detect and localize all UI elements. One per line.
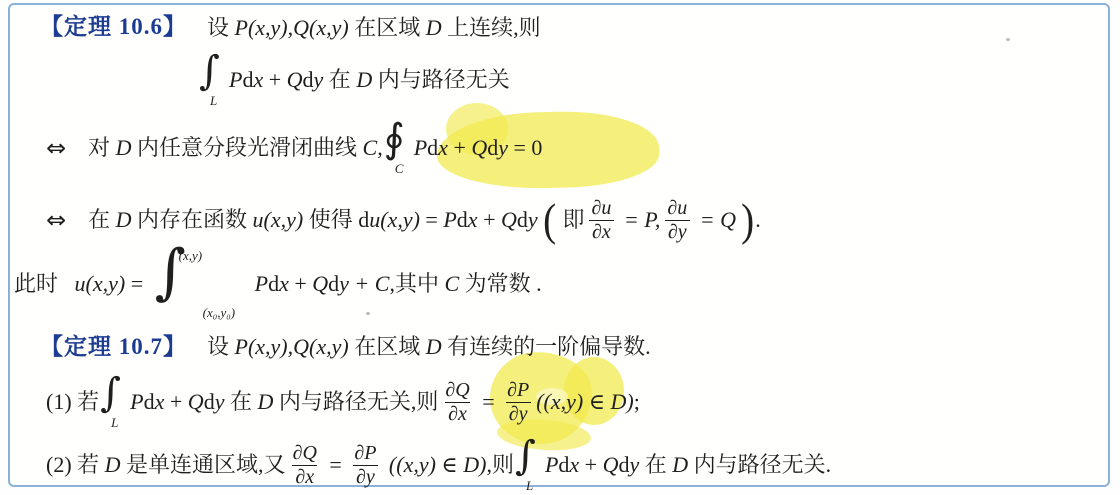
math-term: x bbox=[155, 388, 165, 416]
math-equals-P: = P, bbox=[618, 206, 660, 234]
math-term: d bbox=[303, 66, 314, 94]
math-term: d bbox=[358, 206, 369, 234]
math-term: x bbox=[279, 270, 289, 298]
math-term: y bbox=[215, 388, 225, 416]
theorem-10-7-item-2: (2) 若 D 是单连通区域,又 ∂Q∂x = ∂P∂y ((x,y) ∈ D)… bbox=[46, 436, 831, 494]
text-run: 即 bbox=[557, 206, 585, 234]
math-term: d bbox=[618, 451, 629, 479]
math-domain-condition: ((x,y) ∈ D) bbox=[383, 451, 486, 479]
definite-integral-sign: ∫(x,y)(x₀,y₀) bbox=[149, 250, 255, 318]
fraction-dP-dy: ∂P∂y bbox=[504, 379, 532, 425]
big-right-paren: ) bbox=[741, 197, 754, 243]
text-run: 内与路径无关,则 bbox=[273, 388, 438, 416]
math-region-D: D bbox=[116, 134, 132, 162]
math-equals: = bbox=[324, 451, 347, 479]
math-term: P bbox=[255, 270, 268, 298]
semicolon: ; bbox=[634, 388, 640, 416]
math-region-D: D bbox=[426, 333, 442, 361]
theorem-10-7-item-1: (1) 若 ∫L Pdx + Qdy 在 D 内与路径无关,则 ∂Q∂x = ∂… bbox=[46, 368, 640, 436]
math-constant-C: C bbox=[444, 270, 459, 298]
math-plus-C: + C bbox=[349, 270, 390, 298]
fraction-dQ-dx: ∂Q∂x bbox=[442, 379, 472, 425]
math-region-D: D bbox=[116, 206, 132, 234]
math-term: P bbox=[229, 66, 242, 94]
math-term: + bbox=[579, 451, 602, 479]
fraction-dQ-dx: ∂Q∂x bbox=[290, 442, 320, 488]
math-term: y bbox=[528, 206, 538, 234]
math-term: Q bbox=[471, 134, 487, 162]
math-term: Q bbox=[287, 66, 303, 94]
theorem-10-7-label: 【定理 10.7】 bbox=[40, 333, 187, 362]
math-term: Q bbox=[501, 206, 517, 234]
period: . bbox=[755, 206, 761, 234]
math-term: + bbox=[164, 388, 187, 416]
math-equals: = bbox=[477, 388, 500, 416]
math-term: d bbox=[427, 134, 438, 162]
math-term: d bbox=[457, 206, 468, 234]
text-run: 设 bbox=[207, 14, 235, 42]
theorem-10-6-label: 【定理 10.6】 bbox=[40, 13, 187, 42]
integral-L-sign: ∫L bbox=[199, 56, 226, 104]
math-equals: = bbox=[420, 206, 443, 234]
print-speck bbox=[1006, 38, 1010, 41]
math-equals-Q: = Q bbox=[694, 206, 736, 234]
text-run: ,则 bbox=[486, 451, 514, 479]
item-number: (1) 若 bbox=[46, 388, 99, 416]
math-region-D: D bbox=[356, 66, 372, 94]
math-u-function: u(x,y) bbox=[75, 270, 126, 298]
equivalence-potential-function: ⇔ 在 D 内存在函数 u(x,y) 使得 d u(x,y) = Pdx + Q… bbox=[46, 192, 761, 248]
theorem-10-6-heading: 【定理 10.6】 设 P(x,y),Q(x,y) 在区域 D 上连续,则 bbox=[40, 13, 541, 42]
upper-limit: (x,y) bbox=[179, 248, 202, 264]
math-term: P bbox=[130, 388, 143, 416]
math-term: x bbox=[253, 66, 263, 94]
math-term: d bbox=[328, 270, 339, 298]
math-term: y bbox=[629, 451, 639, 479]
big-left-paren: ( bbox=[543, 197, 556, 243]
math-region-D: D bbox=[257, 388, 273, 416]
potential-formula-line: 此时 u(x,y) = ∫(x,y)(x₀,y₀) Pdx + Qdy + C … bbox=[14, 249, 542, 319]
iff-arrow-icon: ⇔ bbox=[46, 205, 66, 235]
math-term: Q bbox=[188, 388, 204, 416]
math-term: x bbox=[438, 134, 448, 162]
contour-integral-C-sign: ∮C bbox=[384, 124, 411, 172]
math-term: d bbox=[204, 388, 215, 416]
item-number: (2) 若 bbox=[46, 451, 105, 479]
math-term: d bbox=[487, 134, 498, 162]
integral-L-sign: ∫L bbox=[100, 378, 127, 426]
fraction-du-dx: ∂u∂x bbox=[588, 197, 614, 243]
text-run: 在 bbox=[323, 66, 356, 94]
math-domain-condition: ((x,y) ∈ D) bbox=[536, 388, 634, 416]
fraction-dP-dy: ∂P∂y bbox=[351, 442, 379, 488]
math-equals-zero: = 0 bbox=[508, 134, 542, 162]
math-P-Q-functions: P(x,y),Q(x,y) bbox=[235, 333, 349, 361]
math-region-D: D bbox=[105, 451, 121, 479]
math-term: P bbox=[545, 451, 558, 479]
math-term: x bbox=[468, 206, 478, 234]
math-term: d bbox=[558, 451, 569, 479]
math-curve-C: C bbox=[363, 134, 378, 162]
math-P-Q-functions: P(x,y),Q(x,y) bbox=[235, 14, 349, 42]
text-run: 此时 bbox=[14, 270, 75, 298]
math-term: Q bbox=[312, 270, 328, 298]
math-term: y bbox=[314, 66, 324, 94]
math-term: Q bbox=[603, 451, 619, 479]
math-term: + bbox=[448, 134, 471, 162]
integral-L-sign: ∫L bbox=[515, 441, 542, 489]
text-run: 为常数 . bbox=[459, 270, 542, 298]
math-region-D: D bbox=[426, 14, 442, 42]
text-run: 上连续,则 bbox=[442, 14, 541, 42]
text-run: 内与路径无关. bbox=[688, 451, 831, 479]
math-region-D: D bbox=[672, 451, 688, 479]
text-run: 设 bbox=[207, 333, 235, 361]
math-term: P bbox=[443, 206, 456, 234]
math-term: + bbox=[263, 66, 286, 94]
iff-arrow-icon: ⇔ bbox=[46, 133, 66, 163]
math-term: y bbox=[339, 270, 349, 298]
math-term: , bbox=[377, 134, 383, 162]
text-run: 在 bbox=[224, 388, 257, 416]
math-term: P bbox=[414, 134, 427, 162]
fraction-du-dy: ∂u∂y bbox=[664, 197, 690, 243]
math-du-function: u(x,y) bbox=[369, 206, 420, 234]
math-u-function: u(x,y) bbox=[253, 206, 304, 234]
math-term: + bbox=[289, 270, 312, 298]
textbook-page: 【定理 10.6】 设 P(x,y),Q(x,y) 在区域 D 上连续,则 ∫L… bbox=[0, 0, 1120, 495]
path-independence-statement: ∫L Pdx + Qdy 在 D 内与路径无关 bbox=[198, 52, 510, 108]
text-run: 在区域 bbox=[349, 14, 426, 42]
theorem-10-7-heading: 【定理 10.7】 设 P(x,y),Q(x,y) 在区域 D 有连续的一阶偏导… bbox=[40, 330, 651, 364]
text-run: 有连续的一阶偏导数. bbox=[442, 333, 651, 361]
math-term: d bbox=[144, 388, 155, 416]
text-run: 是单连通区域,又 bbox=[121, 451, 286, 479]
text-run: ,其中 bbox=[389, 270, 444, 298]
math-term: d bbox=[517, 206, 528, 234]
math-term: d bbox=[242, 66, 253, 94]
text-run: 在 bbox=[639, 451, 672, 479]
text-run: 内存在函数 bbox=[132, 206, 253, 234]
text-run: 内与路径无关 bbox=[372, 66, 510, 94]
math-term: y bbox=[498, 134, 508, 162]
text-run: 内任意分段光滑闭曲线 bbox=[132, 134, 363, 162]
lower-limit: (x₀,y₀) bbox=[203, 305, 236, 321]
equivalence-closed-curve: ⇔ 对 D 内任意分段光滑闭曲线 C , ∮C Pdx + Qdy = 0 bbox=[46, 118, 542, 178]
text-run: 在区域 bbox=[349, 333, 426, 361]
text-run: 对 bbox=[88, 134, 116, 162]
text-run: 在 bbox=[88, 206, 116, 234]
text-run: 使得 bbox=[303, 206, 358, 234]
math-term: x bbox=[569, 451, 579, 479]
math-equals: = bbox=[125, 270, 148, 298]
math-term: d bbox=[268, 270, 279, 298]
math-term: + bbox=[478, 206, 501, 234]
